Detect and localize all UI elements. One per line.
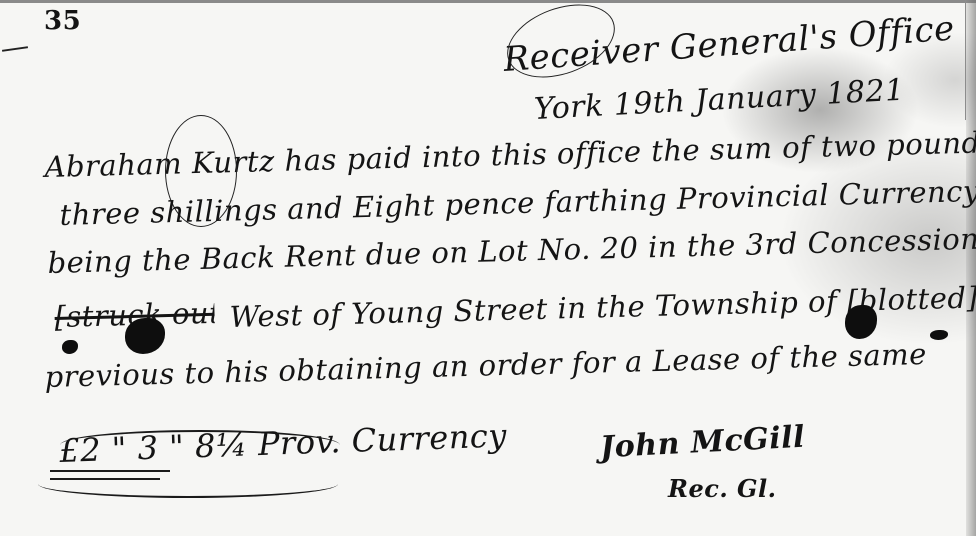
signature: John McGill [599, 420, 806, 466]
amount-underline [50, 478, 160, 480]
amount-underline [50, 470, 170, 472]
ink-blot [62, 340, 78, 354]
amount-total: £2 " 3 " 8¼ Prov. Currency [59, 416, 508, 470]
ink-blot [125, 318, 165, 354]
ink-blot [930, 330, 948, 340]
margin-mark [2, 46, 28, 52]
body-line-5: previous to his obtaining an order for a… [44, 337, 927, 394]
paper-top-edge [0, 0, 976, 3]
place-date-line: York 19th January 1821 [533, 73, 905, 127]
receipt-document: 35 Receiver General's Office York 19th J… [0, 0, 976, 536]
paper-right-fold-shadow [966, 0, 976, 536]
signature-title: Rec. Gl. [668, 474, 777, 503]
body-line-3: being the Back Rent due on Lot No. 20 in… [47, 222, 976, 280]
folio-number: 35 [44, 6, 81, 36]
paper-fold-line [965, 0, 966, 120]
amount-flourish [38, 470, 338, 498]
ink-blot [845, 305, 877, 339]
